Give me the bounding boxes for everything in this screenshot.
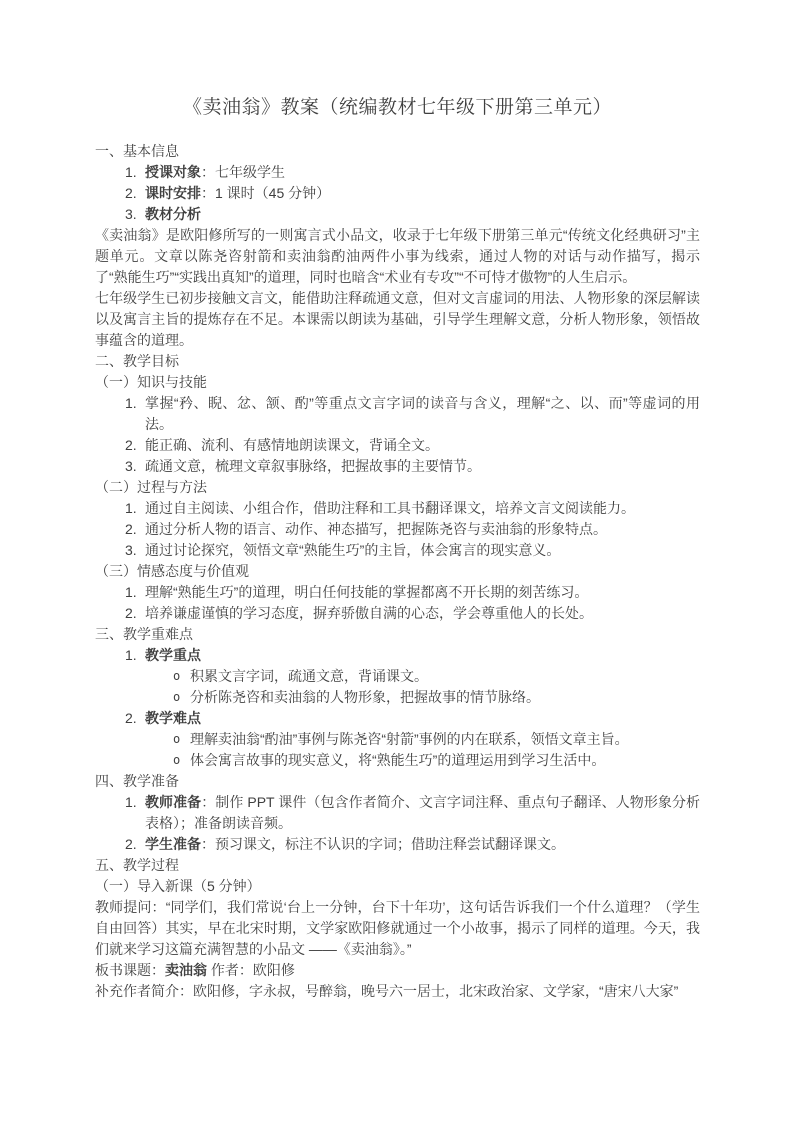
document-page: 《卖油翁》教案（统编教材七年级下册第三单元） 一、基本信息 1. 授课对象：七年… <box>0 0 794 1123</box>
paragraph-textbook-analysis: 《卖油翁》是欧阳修所写的一则寓言式小品文，收录于七年级下册第三单元“传统文化经典… <box>95 225 700 288</box>
item-number: 2. <box>125 183 145 204</box>
item-rest: 理解“熟能生巧”的道理，明白任何技能的掌握都离不开长期的刻苦练习。 <box>145 584 588 600</box>
subsection-heading: （一）导入新课（5 分钟） <box>95 876 700 897</box>
numbered-item: 3. 通过讨论探究，领悟文章“熟能生巧”的主旨，体会寓言的现实意义。 <box>95 540 700 561</box>
item-number: 1. <box>125 792 145 834</box>
section-heading-process: 五、教学过程 <box>95 855 700 876</box>
numbered-item: 2. 能正确、流利、有感情地朗读课文，背诵全文。 <box>95 435 700 456</box>
circle-bullet-icon: o <box>173 666 190 687</box>
item-rest: ：预习课文，标注不认识的字词；借助注释尝试翻译课文。 <box>201 836 565 852</box>
item-text: 掌握“矜、睨、忿、颔、酌”等重点文言字词的读音与含义，理解“之、以、而”等虚词的… <box>145 393 700 435</box>
item-label: 教学重点 <box>145 647 201 663</box>
item-rest: ：七年级学生 <box>201 164 285 180</box>
item-number: 2. <box>125 603 145 624</box>
paragraph-learner-analysis: 七年级学生已初步接触文言文，能借助注释疏通文意，但对文言虚词的用法、人物形象的深… <box>95 288 700 351</box>
circle-bullet-icon: o <box>173 750 190 771</box>
item-text: 能正确、流利、有感情地朗读课文，背诵全文。 <box>145 435 700 456</box>
circle-bullet-icon: o <box>173 687 190 708</box>
numbered-item: 1. 理解“熟能生巧”的道理，明白任何技能的掌握都离不开长期的刻苦练习。 <box>95 582 700 603</box>
bullet-item: o 积累文言字词，疏通文意，背诵课文。 <box>95 666 700 687</box>
bullet-item: o 分析陈尧咨和卖油翁的人物形象，把握故事的情节脉络。 <box>95 687 700 708</box>
paragraph-lead-in: 教师提问：“同学们，我们常说‘台上一分钟，台下十年功’，这句话告诉我们一个什么道… <box>95 897 700 960</box>
section-heading-basic-info: 一、基本信息 <box>95 141 700 162</box>
item-number: 2. <box>125 834 145 855</box>
item-label: 教材分析 <box>145 206 201 222</box>
bullet-text: 分析陈尧咨和卖油翁的人物形象，把握故事的情节脉络。 <box>190 687 700 708</box>
item-number: 3. <box>125 540 145 561</box>
item-number: 2. <box>125 708 145 729</box>
item-text: 通过分析人物的语言、动作、神态描写，把握陈尧咨与卖油翁的形象特点。 <box>145 519 700 540</box>
numbered-item: 1. 教师准备：制作 PPT 课件（包含作者简介、文言字词注释、重点句子翻译、人… <box>95 792 700 834</box>
item-label: 学生准备 <box>145 836 201 852</box>
bullet-text: 体会寓言故事的现实意义，将“熟能生巧”的道理运用到学习生活中。 <box>190 750 700 771</box>
section-heading-preparation: 四、教学准备 <box>95 771 700 792</box>
section-heading-key-points: 三、教学重难点 <box>95 624 700 645</box>
numbered-item: 2. 培养谦虚谨慎的学习态度，摒弃骄傲自满的心态，学会尊重他人的长处。 <box>95 603 700 624</box>
item-rest: 通过自主阅读、小组合作，借助注释和工具书翻译课文，培养文言文阅读能力。 <box>145 500 635 516</box>
item-number: 1. <box>125 393 145 435</box>
subsection-heading: （二）过程与方法 <box>95 477 700 498</box>
item-text: 课时安排：1 课时（45 分钟） <box>145 183 700 204</box>
item-rest: ：1 课时（45 分钟） <box>201 185 330 201</box>
board-post: 作者：欧阳修 <box>207 962 295 978</box>
item-text: 理解“熟能生巧”的道理，明白任何技能的掌握都离不开长期的刻苦练习。 <box>145 582 700 603</box>
item-rest: 培养谦虚谨慎的学习态度，摒弃骄傲自满的心态，学会尊重他人的长处。 <box>145 605 593 621</box>
numbered-item: 2. 教学难点 <box>95 708 700 729</box>
section-heading-objectives: 二、教学目标 <box>95 351 700 372</box>
numbered-item: 2. 通过分析人物的语言、动作、神态描写，把握陈尧咨与卖油翁的形象特点。 <box>95 519 700 540</box>
item-rest: 能正确、流利、有感情地朗读课文，背诵全文。 <box>145 437 439 453</box>
board-pre: 板书课题： <box>95 962 165 978</box>
numbered-item: 1. 教学重点 <box>95 645 700 666</box>
doc-title: 《卖油翁》教案（统编教材七年级下册第三单元） <box>95 94 700 121</box>
item-rest: 通过讨论探究，领悟文章“熟能生巧”的主旨，体会寓言的现实意义。 <box>145 542 560 558</box>
item-number: 1. <box>125 645 145 666</box>
circle-bullet-icon: o <box>173 729 190 750</box>
numbered-item: 2. 课时安排：1 课时（45 分钟） <box>95 183 700 204</box>
item-number: 1. <box>125 162 145 183</box>
item-text: 授课对象：七年级学生 <box>145 162 700 183</box>
subsection-heading: （三）情感态度与价值观 <box>95 561 700 582</box>
item-number: 1. <box>125 498 145 519</box>
item-text: 教学重点 <box>145 645 700 666</box>
bullet-text: 积累文言字词，疏通文意，背诵课文。 <box>190 666 700 687</box>
numbered-item: 1. 掌握“矜、睨、忿、颔、酌”等重点文言字词的读音与含义，理解“之、以、而”等… <box>95 393 700 435</box>
item-text: 疏通文意，梳理文章叙事脉络，把握故事的主要情节。 <box>145 456 700 477</box>
bullet-text: 理解卖油翁“酌油”事例与陈尧咨“射箭”事例的内在联系，领悟文章主旨。 <box>190 729 700 750</box>
item-number: 1. <box>125 582 145 603</box>
bullet-item: o 理解卖油翁“酌油”事例与陈尧咨“射箭”事例的内在联系，领悟文章主旨。 <box>95 729 700 750</box>
board-title-line: 板书课题：卖油翁 作者：欧阳修 <box>95 960 700 981</box>
item-text: 学生准备：预习课文，标注不认识的字词；借助注释尝试翻译课文。 <box>145 834 700 855</box>
item-rest: 通过分析人物的语言、动作、神态描写，把握陈尧咨与卖油翁的形象特点。 <box>145 521 607 537</box>
numbered-item: 2. 学生准备：预习课文，标注不认识的字词；借助注释尝试翻译课文。 <box>95 834 700 855</box>
item-rest: 疏通文意，梳理文章叙事脉络，把握故事的主要情节。 <box>145 458 481 474</box>
numbered-item: 1. 授课对象：七年级学生 <box>95 162 700 183</box>
item-label: 教师准备 <box>145 794 201 810</box>
item-label: 教学难点 <box>145 710 201 726</box>
subsection-heading: （一）知识与技能 <box>95 372 700 393</box>
item-label: 课时安排 <box>145 185 201 201</box>
item-number: 3. <box>125 204 145 225</box>
bullet-item: o 体会寓言故事的现实意义，将“熟能生巧”的道理运用到学习生活中。 <box>95 750 700 771</box>
item-text: 教师准备：制作 PPT 课件（包含作者简介、文言字词注释、重点句子翻译、人物形象… <box>145 792 700 834</box>
item-text: 培养谦虚谨慎的学习态度，摒弃骄傲自满的心态，学会尊重他人的长处。 <box>145 603 700 624</box>
item-text: 通过讨论探究，领悟文章“熟能生巧”的主旨，体会寓言的现实意义。 <box>145 540 700 561</box>
item-label: 授课对象 <box>145 164 201 180</box>
item-text: 通过自主阅读、小组合作，借助注释和工具书翻译课文，培养文言文阅读能力。 <box>145 498 700 519</box>
numbered-item: 3. 疏通文意，梳理文章叙事脉络，把握故事的主要情节。 <box>95 456 700 477</box>
board-topic: 卖油翁 <box>165 962 207 978</box>
paragraph-author-intro: 补充作者简介：欧阳修，字永叔，号醉翁，晚号六一居士，北宋政治家、文学家，“唐宋八… <box>95 981 700 1002</box>
item-number: 2. <box>125 435 145 456</box>
item-number: 3. <box>125 456 145 477</box>
item-rest: ：制作 PPT 课件（包含作者简介、文言字词注释、重点句子翻译、人物形象分析表格… <box>145 794 700 831</box>
item-rest: 掌握“矜、睨、忿、颔、酌”等重点文言字词的读音与含义，理解“之、以、而”等虚词的… <box>145 395 700 432</box>
item-text: 教学难点 <box>145 708 700 729</box>
item-number: 2. <box>125 519 145 540</box>
item-text: 教材分析 <box>145 204 700 225</box>
numbered-item: 3. 教材分析 <box>95 204 700 225</box>
numbered-item: 1. 通过自主阅读、小组合作，借助注释和工具书翻译课文，培养文言文阅读能力。 <box>95 498 700 519</box>
